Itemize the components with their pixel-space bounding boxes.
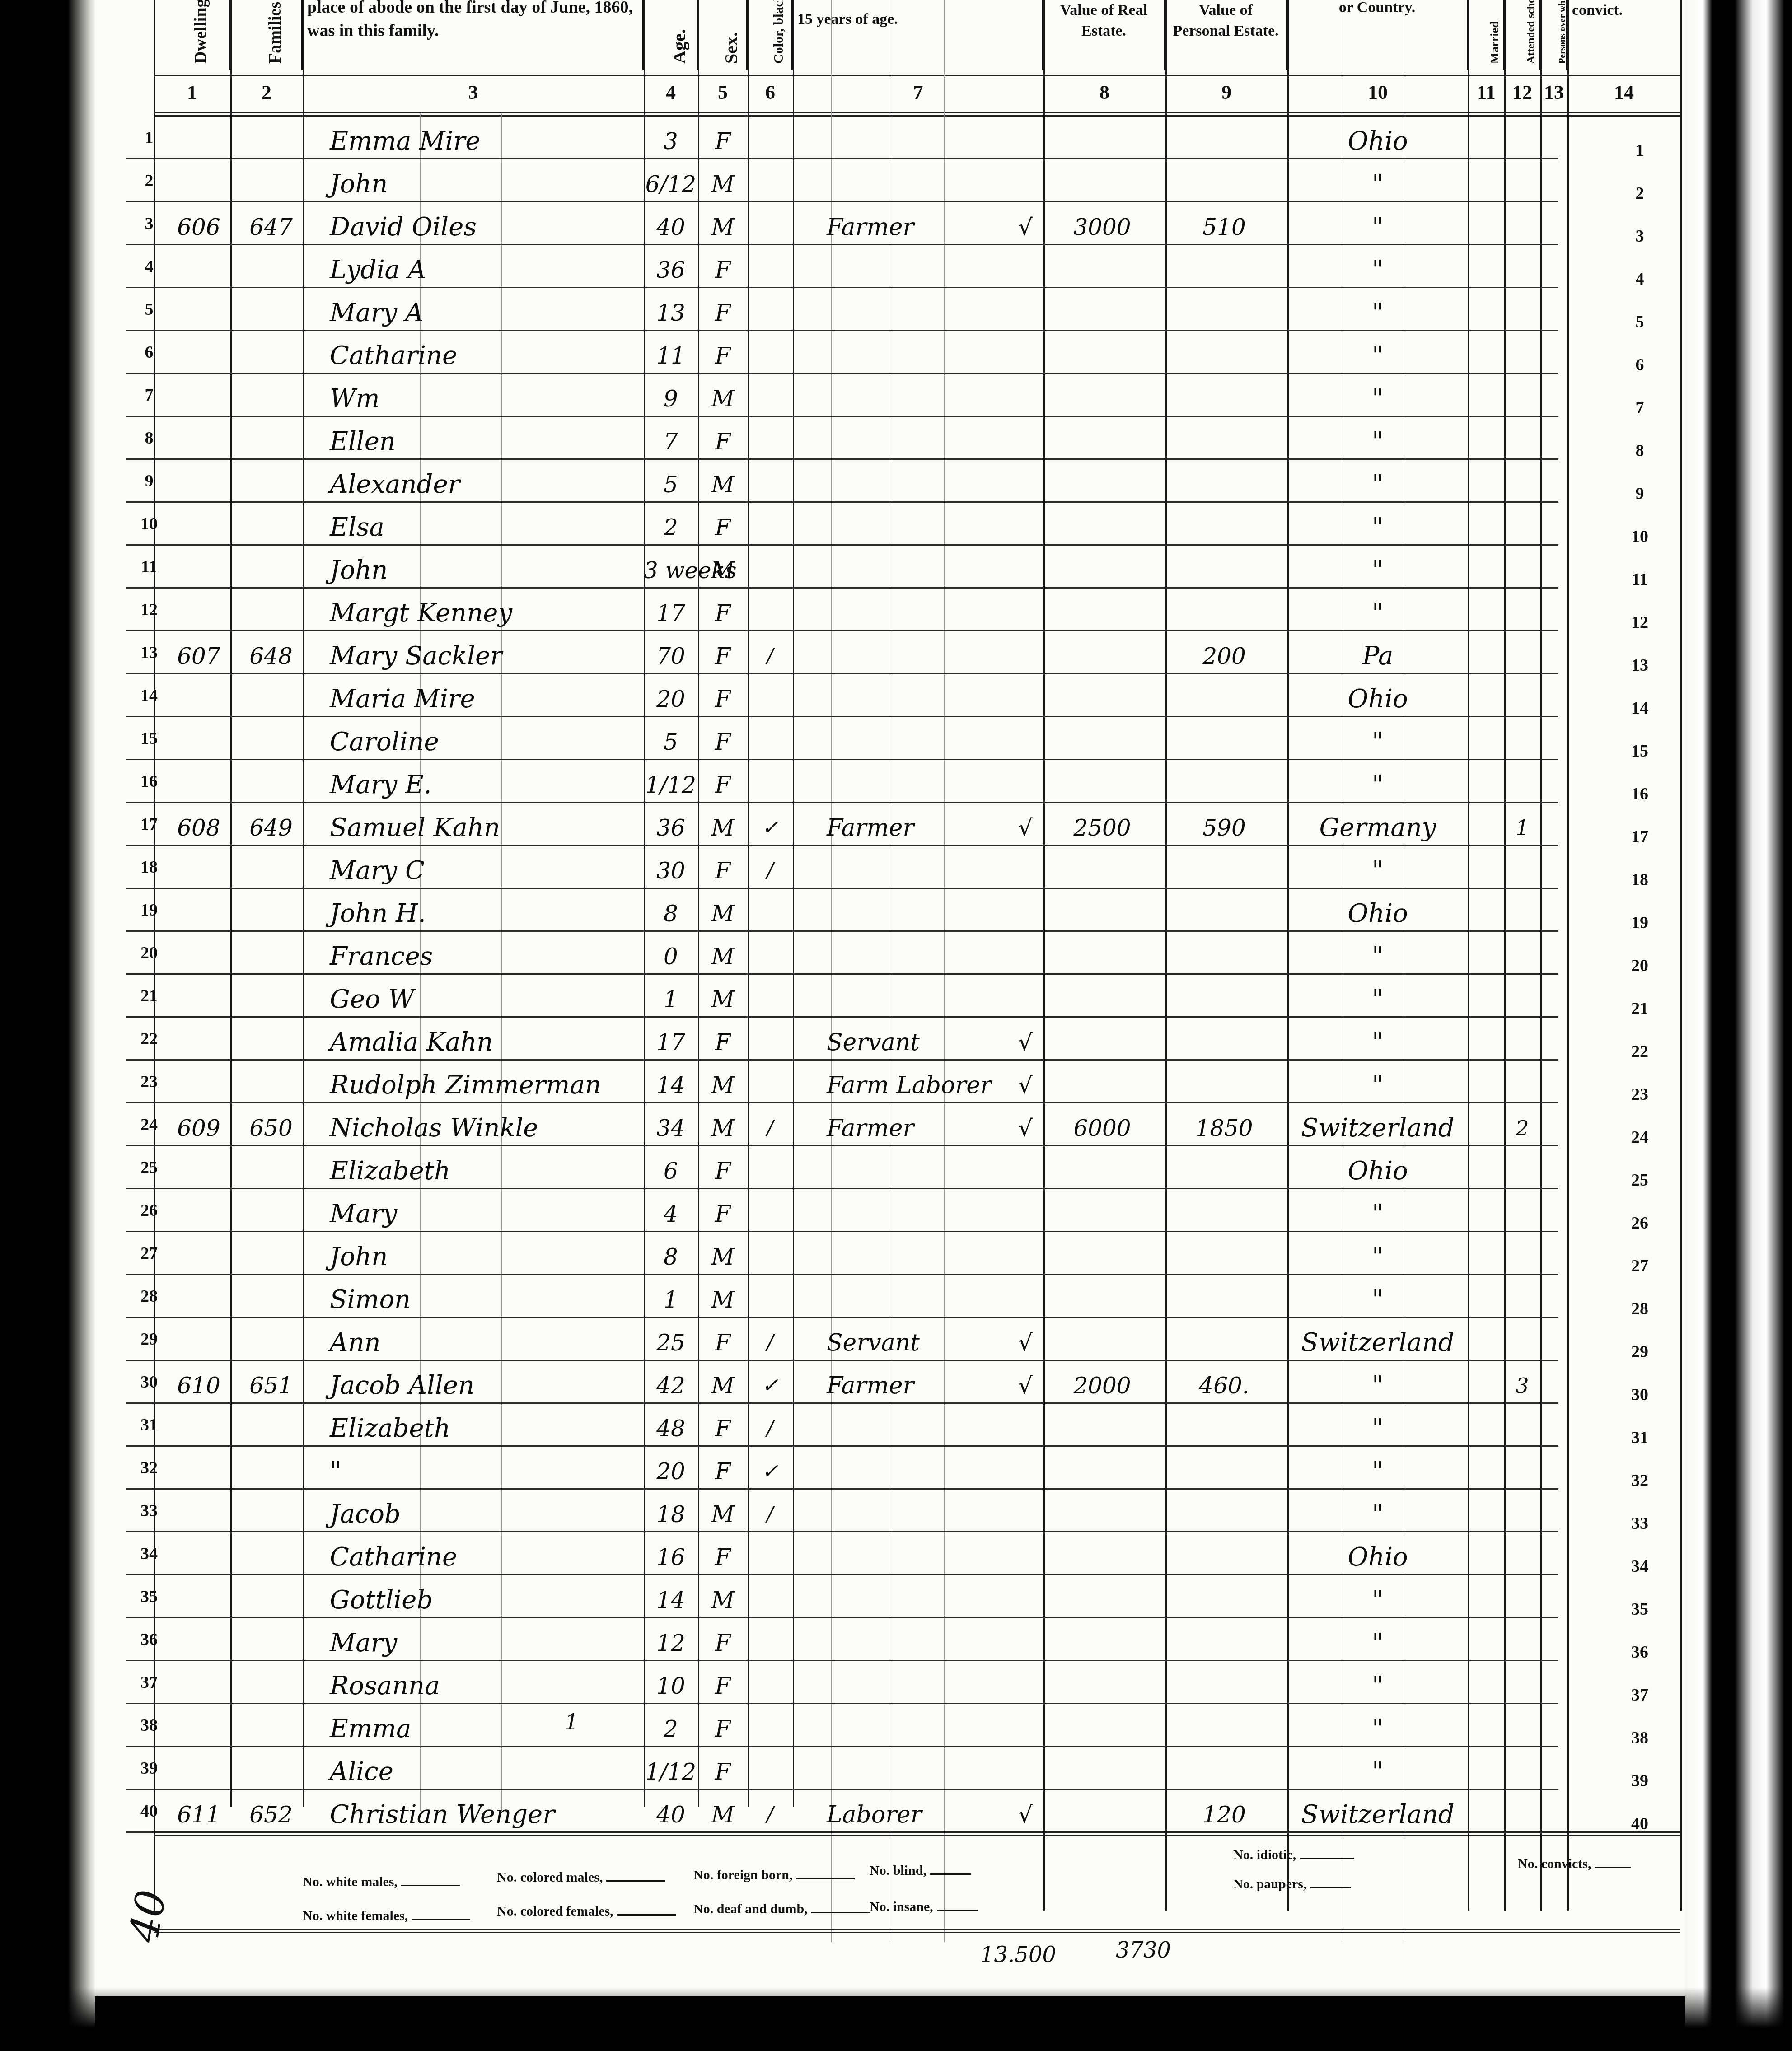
scan-right-border [1685, 0, 1792, 2051]
birthplace: Ohio [1287, 1532, 1468, 1575]
color-mark: / [748, 631, 793, 674]
sex: F [698, 1146, 748, 1189]
foreign-born-blank[interactable] [796, 1878, 855, 1879]
dwelling-number [163, 117, 235, 159]
married-within-year [1468, 717, 1504, 760]
cannot-read-write [1540, 932, 1567, 975]
personal-estate-value [1165, 1189, 1283, 1232]
margin-total-real-estate: 13.500 [980, 1942, 1056, 1967]
dwelling-number [163, 1146, 235, 1189]
family-number [239, 1704, 303, 1747]
census-row: 38Emma2F"38 [95, 1704, 1685, 1747]
line-number-left: 33 [136, 1490, 163, 1532]
census-row: 31Elizabeth48F/"31 [95, 1404, 1685, 1447]
sex: F [698, 1018, 748, 1061]
person-name: Ann [330, 1318, 646, 1361]
deaf-dumb-blank[interactable] [811, 1912, 870, 1913]
birthplace: " [1287, 589, 1468, 631]
personal-estate-value [1165, 546, 1283, 589]
family-number [239, 1318, 303, 1361]
sex: M [698, 1232, 748, 1275]
idiotic-blank[interactable] [1300, 1858, 1354, 1859]
person-name: Ellen [330, 417, 646, 460]
occupation [800, 503, 1034, 546]
attended-school [1504, 760, 1540, 803]
occupation [800, 631, 1034, 674]
occupation [800, 117, 1034, 159]
attended-school [1504, 1575, 1540, 1618]
family-number [239, 245, 303, 288]
age: 14 [644, 1575, 698, 1618]
family-number [239, 1575, 303, 1618]
married-within-year [1468, 589, 1504, 631]
real-estate-value [1043, 117, 1161, 159]
color-mark [748, 117, 793, 159]
family-number [239, 1018, 303, 1061]
attended-school [1504, 1747, 1540, 1790]
family-number: 649 [239, 803, 303, 846]
occupation-check-mark [1012, 674, 1039, 717]
color-mark [748, 1661, 793, 1704]
real-estate-value [1043, 1146, 1161, 1189]
line-number-left: 20 [136, 932, 163, 975]
sex: F [698, 1618, 748, 1661]
occupation-check-mark [1012, 1704, 1039, 1747]
line-number-left: 18 [136, 846, 163, 889]
married-within-year [1468, 245, 1504, 288]
birthplace: " [1287, 760, 1468, 803]
census-row: 13607648Mary Sackler70F/200Pa13 [95, 631, 1685, 674]
birthplace: " [1287, 846, 1468, 889]
footer-convicts: No. convicts, [1518, 1856, 1631, 1872]
footer-paupers: No. paupers, [1233, 1877, 1351, 1892]
column-number: 5 [698, 72, 748, 113]
attended-school [1504, 631, 1540, 674]
married-within-year [1468, 1232, 1504, 1275]
occupation [800, 1404, 1034, 1447]
married-within-year [1468, 1661, 1504, 1704]
real-estate-value [1043, 288, 1161, 331]
census-row: 20Frances0M"20 [95, 932, 1685, 975]
family-number [239, 1404, 303, 1447]
sex: M [698, 374, 748, 417]
family-number [239, 1189, 303, 1232]
line-number-left: 38 [136, 1704, 163, 1747]
age: 34 [644, 1103, 698, 1146]
person-name: Elsa [330, 503, 646, 546]
age: 6/12 [644, 159, 698, 202]
census-row: 34Catharine16FOhio34 [95, 1532, 1685, 1575]
birthplace: " [1287, 1018, 1468, 1061]
attended-school [1504, 417, 1540, 460]
person-name: Mary E. [330, 760, 646, 803]
occupation-check-mark [1012, 1146, 1039, 1189]
sex: M [698, 1490, 748, 1532]
census-row: 21Geo W1M"21 [95, 975, 1685, 1018]
dwelling-number [163, 417, 235, 460]
occupation-check-mark: √ [1012, 1103, 1039, 1146]
real-estate-value [1043, 1318, 1161, 1361]
occupation-check-mark [1012, 1661, 1039, 1704]
family-number [239, 1661, 303, 1704]
personal-estate-value [1165, 1704, 1283, 1747]
dwelling-number [163, 1232, 235, 1275]
personal-estate-value [1165, 1532, 1283, 1575]
footer-insane: No. insane, [870, 1899, 978, 1915]
person-name: Catharine [330, 1532, 646, 1575]
real-estate-value [1043, 503, 1161, 546]
line-number-left: 21 [136, 975, 163, 1018]
family-number [239, 159, 303, 202]
birthplace: " [1287, 417, 1468, 460]
blind-blank[interactable] [930, 1873, 971, 1875]
family-number [239, 1232, 303, 1275]
age: 1 [644, 975, 698, 1018]
color-mark [748, 245, 793, 288]
cannot-read-write [1540, 717, 1567, 760]
census-row: 23Rudolph Zimmerman14MFarm Laborer√"23 [95, 1061, 1685, 1103]
family-number: 648 [239, 631, 303, 674]
attended-school [1504, 331, 1540, 374]
family-number [239, 760, 303, 803]
census-row: 18Mary C30F/"18 [95, 846, 1685, 889]
white-males-blank[interactable] [401, 1885, 460, 1886]
column-number: 4 [644, 72, 698, 113]
dwelling-number [163, 1447, 235, 1490]
occupation [800, 674, 1034, 717]
color-mark [748, 932, 793, 975]
occupation [800, 1232, 1034, 1275]
occupation-check-mark [1012, 245, 1039, 288]
line-number-left: 6 [136, 331, 163, 374]
real-estate-value [1043, 1232, 1161, 1275]
header-illiterate: Persons over who cannot [1540, 0, 1567, 70]
real-estate-value [1043, 159, 1161, 202]
married-within-year [1468, 503, 1504, 546]
family-number [239, 1490, 303, 1532]
footer-colored-females: No. colored females, [497, 1904, 676, 1919]
convicts-blank[interactable] [1595, 1867, 1631, 1868]
occupation-check-mark [1012, 1447, 1039, 1490]
personal-estate-value [1165, 1661, 1283, 1704]
personal-estate-value [1165, 1318, 1283, 1361]
census-row: 22Amalia Kahn17FServant√"22 [95, 1018, 1685, 1061]
line-number-left: 27 [136, 1232, 163, 1275]
line-number-left: 28 [136, 1275, 163, 1318]
real-estate-value [1043, 1490, 1161, 1532]
dwelling-number [163, 159, 235, 202]
attended-school [1504, 1790, 1540, 1833]
real-estate-value [1043, 546, 1161, 589]
married-within-year [1468, 331, 1504, 374]
census-row: 30610651Jacob Allen42M✓Farmer√2000460."3… [95, 1361, 1685, 1404]
family-number: 652 [239, 1790, 303, 1833]
attended-school [1504, 202, 1540, 245]
column-number: 1 [154, 72, 230, 113]
occupation [800, 932, 1034, 975]
occupation [800, 546, 1034, 589]
family-number [239, 932, 303, 975]
cannot-read-write [1540, 1061, 1567, 1103]
personal-estate-value [1165, 460, 1283, 503]
attended-school: 2 [1504, 1103, 1540, 1146]
birthplace: " [1287, 331, 1468, 374]
occupation-check-mark [1012, 331, 1039, 374]
sex: F [698, 1318, 748, 1361]
census-row: 10Elsa2F"10 [95, 503, 1685, 546]
cannot-read-write [1540, 374, 1567, 417]
header-color: Color, black, or mulatto [748, 0, 793, 70]
personal-estate-value [1165, 374, 1283, 417]
family-number [239, 1061, 303, 1103]
age: 36 [644, 245, 698, 288]
sex: M [698, 159, 748, 202]
dwelling-number: 609 [163, 1103, 235, 1146]
personal-estate-value [1165, 1490, 1283, 1532]
personal-estate-value [1165, 1618, 1283, 1661]
attended-school [1504, 546, 1540, 589]
dwelling-number [163, 674, 235, 717]
scan-left-border [0, 0, 95, 2051]
dwelling-number [163, 1618, 235, 1661]
census-row: 8Ellen7F"8 [95, 417, 1685, 460]
occupation [800, 331, 1034, 374]
married-within-year [1468, 159, 1504, 202]
person-name: Elizabeth [330, 1146, 646, 1189]
birthplace: " [1287, 1361, 1468, 1404]
colored-males-blank[interactable] [606, 1880, 665, 1882]
person-name: " [330, 1447, 646, 1490]
census-row: 32"20F✓"32 [95, 1447, 1685, 1490]
cannot-read-write [1540, 1189, 1567, 1232]
age: 4 [644, 1189, 698, 1232]
occupation-check-mark [1012, 1232, 1039, 1275]
occupation-check-mark [1012, 1618, 1039, 1661]
census-row: 27John8M"27 [95, 1232, 1685, 1275]
birthplace: " [1287, 202, 1468, 245]
attended-school [1504, 975, 1540, 1018]
occupation-check-mark: √ [1012, 1790, 1039, 1833]
footer-idiotic: No. idiotic, [1233, 1847, 1354, 1863]
sex: F [698, 1404, 748, 1447]
color-mark: / [748, 1318, 793, 1361]
age: 12 [644, 1618, 698, 1661]
paupers-blank[interactable] [1310, 1887, 1351, 1888]
occupation-check-mark [1012, 1275, 1039, 1318]
occupation-check-mark: √ [1012, 1018, 1039, 1061]
birthplace: " [1287, 1661, 1468, 1704]
sex: F [698, 331, 748, 374]
cannot-read-write [1540, 417, 1567, 460]
birthplace: " [1287, 159, 1468, 202]
line-number-left: 16 [136, 760, 163, 803]
color-mark [748, 1618, 793, 1661]
personal-estate-value: 200 [1165, 631, 1283, 674]
person-name: Caroline [330, 717, 646, 760]
person-name: Elizabeth [330, 1404, 646, 1447]
attended-school [1504, 1661, 1540, 1704]
dwelling-number [163, 846, 235, 889]
real-estate-value [1043, 245, 1161, 288]
margin-page-mark: 40 [120, 1887, 176, 1946]
census-row: 17608649Samuel Kahn36M✓Farmer√2500590Ger… [95, 803, 1685, 846]
sex: F [698, 589, 748, 631]
personal-estate-value [1165, 288, 1283, 331]
occupation [800, 717, 1034, 760]
cannot-read-write [1540, 846, 1567, 889]
census-row: 26Mary4F"26 [95, 1189, 1685, 1232]
age: 20 [644, 1447, 698, 1490]
occupation-check-mark [1012, 1490, 1039, 1532]
married-within-year [1468, 1318, 1504, 1361]
personal-estate-value [1165, 975, 1283, 1018]
birthplace: Ohio [1287, 117, 1468, 159]
attended-school [1504, 503, 1540, 546]
real-estate-value [1043, 417, 1161, 460]
occupation [800, 889, 1034, 932]
census-row: 4Lydia A36F"4 [95, 245, 1685, 288]
attended-school [1504, 460, 1540, 503]
dwelling-number: 608 [163, 803, 235, 846]
married-within-year [1468, 1747, 1504, 1790]
column-number: 8 [1043, 72, 1165, 113]
attended-school [1504, 1275, 1540, 1318]
occupation-check-mark: √ [1012, 1361, 1039, 1404]
family-number [239, 1146, 303, 1189]
header-birthplace: or Country. [1287, 0, 1468, 70]
header-convict: convict. [1567, 0, 1680, 70]
line-number-left: 35 [136, 1575, 163, 1618]
age: 36 [644, 803, 698, 846]
age: 11 [644, 331, 698, 374]
occupation-check-mark [1012, 846, 1039, 889]
census-row: 33Jacob18M/"33 [95, 1490, 1685, 1532]
color-mark [748, 975, 793, 1018]
color-mark [748, 288, 793, 331]
color-mark [748, 503, 793, 546]
color-mark: / [748, 846, 793, 889]
personal-estate-value [1165, 1404, 1283, 1447]
line-number-left: 40 [136, 1790, 163, 1833]
sex: F [698, 717, 748, 760]
insane-blank[interactable] [937, 1910, 978, 1911]
occupation-check-mark [1012, 1532, 1039, 1575]
header-name: place of abode on the first day of June,… [303, 0, 644, 70]
sex: M [698, 975, 748, 1018]
married-within-year [1468, 1275, 1504, 1318]
sex: F [698, 1447, 748, 1490]
age: 2 [644, 503, 698, 546]
family-number [239, 117, 303, 159]
married-within-year [1468, 760, 1504, 803]
dwelling-number [163, 932, 235, 975]
line-number-right: 40 [1622, 1799, 1658, 1849]
colored-females-blank[interactable] [617, 1914, 676, 1916]
birthplace: " [1287, 1232, 1468, 1275]
married-within-year [1468, 932, 1504, 975]
color-mark [748, 717, 793, 760]
occupation-check-mark [1012, 460, 1039, 503]
occupation-check-mark [1012, 1189, 1039, 1232]
dwelling-number [163, 546, 235, 589]
age: 1 [644, 1275, 698, 1318]
age: 30 [644, 846, 698, 889]
occupation [800, 1661, 1034, 1704]
real-estate-value [1043, 1747, 1161, 1790]
family-number [239, 889, 303, 932]
family-number [239, 331, 303, 374]
line-number-left: 3 [136, 202, 163, 245]
age: 7 [644, 417, 698, 460]
real-estate-value [1043, 374, 1161, 417]
real-estate-value [1043, 589, 1161, 631]
occupation [800, 1189, 1034, 1232]
census-row: 9Alexander5M"9 [95, 460, 1685, 503]
occupation: Farm Laborer [800, 1061, 1034, 1103]
person-name: John [330, 546, 646, 589]
totals-top-rule [154, 1831, 1680, 1836]
line-number-left: 37 [136, 1661, 163, 1704]
married-within-year [1468, 117, 1504, 159]
personal-estate-value [1165, 1447, 1283, 1490]
color-mark: ✓ [748, 1361, 793, 1404]
attended-school [1504, 1018, 1540, 1061]
occupation-check-mark [1012, 546, 1039, 589]
birthplace: " [1287, 1404, 1468, 1447]
age: 9 [644, 374, 698, 417]
occupation-check-mark [1012, 760, 1039, 803]
occupation-check-mark [1012, 631, 1039, 674]
white-females-blank[interactable] [412, 1919, 470, 1920]
family-number [239, 975, 303, 1018]
occupation [800, 417, 1034, 460]
line-number-left: 22 [136, 1018, 163, 1061]
attended-school [1504, 1490, 1540, 1532]
real-estate-value [1043, 331, 1161, 374]
color-mark: / [748, 1404, 793, 1447]
line-number-left: 19 [136, 889, 163, 932]
person-name: Jacob Allen [330, 1361, 646, 1404]
line-number-left: 39 [136, 1747, 163, 1790]
married-within-year [1468, 1790, 1504, 1833]
family-number [239, 717, 303, 760]
dwelling-number [163, 503, 235, 546]
personal-estate-value [1165, 932, 1283, 975]
sex: F [698, 1704, 748, 1747]
occupation [800, 975, 1034, 1018]
real-estate-value: 2500 [1043, 803, 1161, 846]
dwelling-number: 610 [163, 1361, 235, 1404]
birthplace: " [1287, 288, 1468, 331]
attended-school [1504, 1232, 1540, 1275]
cannot-read-write [1540, 1275, 1567, 1318]
dwelling-number: 611 [163, 1790, 235, 1833]
occupation-check-mark: √ [1012, 803, 1039, 846]
married-within-year [1468, 417, 1504, 460]
age: 3 weeks [644, 546, 698, 589]
attended-school [1504, 288, 1540, 331]
married-within-year [1468, 889, 1504, 932]
personal-estate-value [1165, 674, 1283, 717]
age: 1/12 [644, 1747, 698, 1790]
color-mark [748, 760, 793, 803]
family-number [239, 674, 303, 717]
sex: F [698, 417, 748, 460]
married-within-year [1468, 1704, 1504, 1747]
attended-school [1504, 932, 1540, 975]
family-number: 647 [239, 202, 303, 245]
attended-school [1504, 159, 1540, 202]
